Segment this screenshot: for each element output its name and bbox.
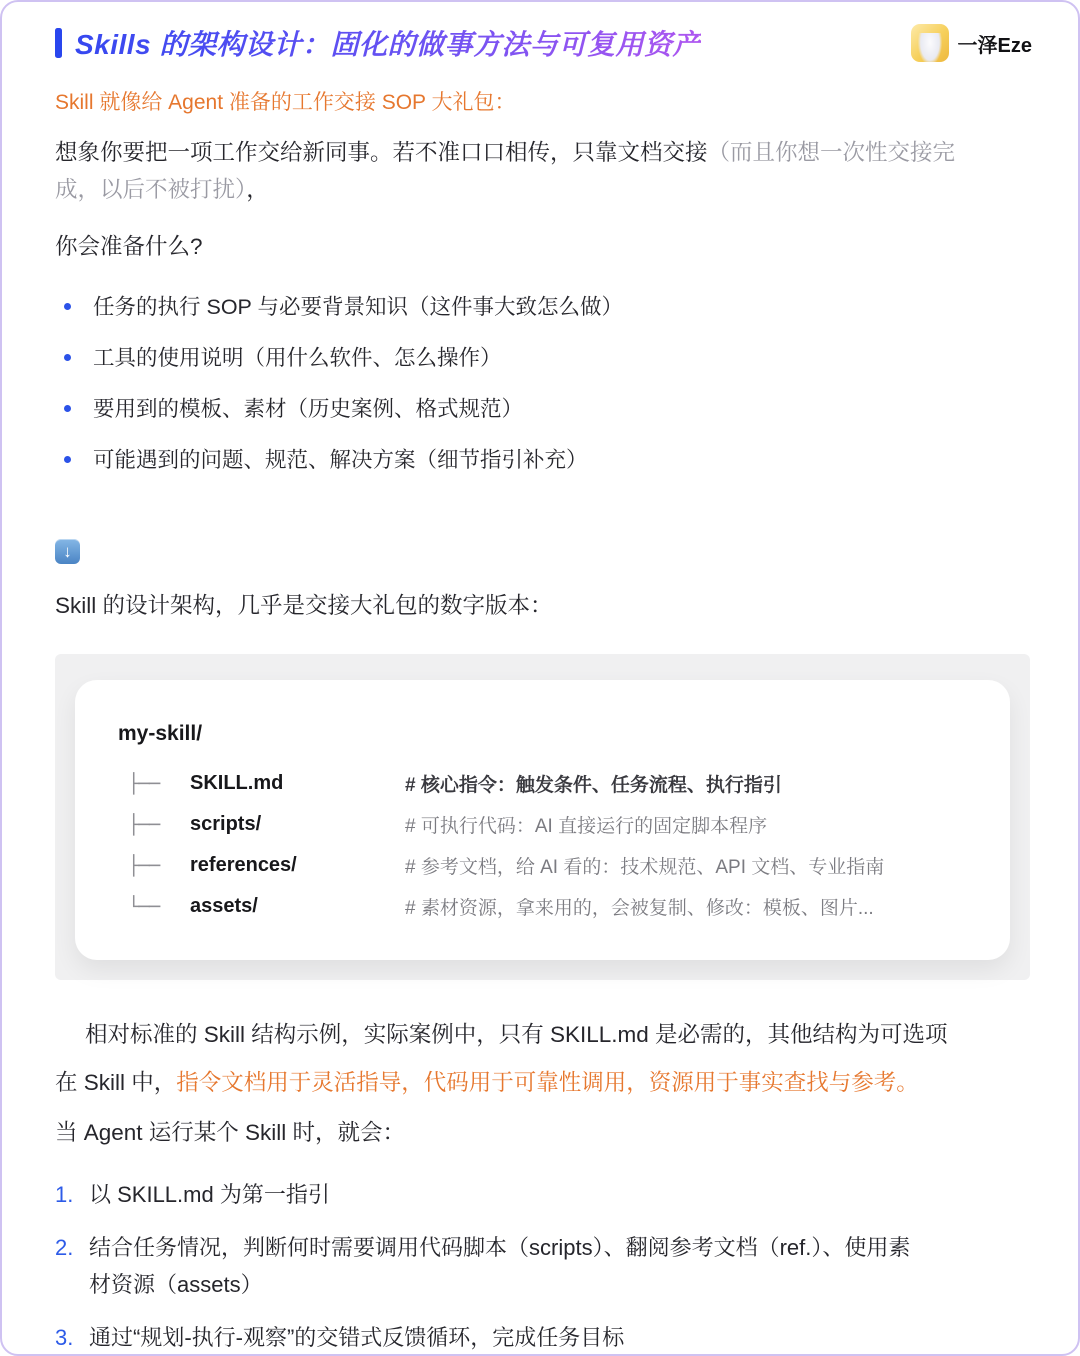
header: Skills 的架构设计：固化的做事方法与可复用资产 一泽Eze (55, 22, 1032, 64)
article-card: Skills 的架构设计：固化的做事方法与可复用资产 一泽Eze Skill 就… (0, 0, 1080, 1356)
numbered-item: 1.以 SKILL.md 为第一指引 (55, 1176, 1032, 1213)
tree-row: └── assets/ # 素材资源，拿来用的，会被复制、修改：模板、图片... (118, 886, 986, 927)
lead-paragraph: Skill 就像给 Agent 准备的工作交接 SOP 大礼包： (55, 88, 1032, 118)
bullet-text: 要用到的模板、素材（历史案例、格式规范） (93, 394, 523, 424)
avatar (911, 24, 949, 62)
file-tree-card: my-skill/ ├── SKILL.md # 核心指令：触发条件、任务流程、… (75, 680, 1010, 960)
item-text: 以 SKILL.md 为第一指引 (89, 1182, 330, 1207)
paragraph-skill-roles: 在 Skill 中，指令文档用于灵活指导，代码用于可靠性调用，资源用于事实查找与… (55, 1066, 1032, 1100)
down-arrow-emoji: ↓ (55, 539, 80, 564)
handover-tail: ， (246, 177, 269, 202)
bullet-text: 任务的执行 SOP 与必要背景知识（这件事大致怎么做） (93, 292, 623, 322)
paragraph-architecture: Skill 的设计架构，几乎是交接大礼包的数字版本： (55, 587, 1032, 624)
item-number: 2. (55, 1229, 73, 1266)
tree-file-comment: # 参考文档，给 AI 看的：技术规范、API 文档、专业指南 (405, 852, 884, 879)
bullet-text: 工具的使用说明（用什么软件、怎么操作） (93, 343, 502, 373)
tree-branch-icon: ├── (128, 814, 190, 836)
item-text: 通过“规划-执行-观察”的交错式反馈循环，完成任务目标 (89, 1325, 624, 1350)
bullet-item: 工具的使用说明（用什么软件、怎么操作） (55, 343, 1032, 373)
tree-file-comment: # 核心指令：触发条件、任务流程、执行指引 (405, 770, 782, 797)
bullet-dot-icon (64, 354, 71, 361)
title-wrap: Skills 的架构设计：固化的做事方法与可复用资产 (55, 23, 701, 63)
tree-row: ├── references/ # 参考文档，给 AI 看的：技术规范、API … (118, 845, 986, 886)
tree-file-name: references/ (190, 854, 405, 877)
numbered-item: 3.通过“规划-执行-观察”的交错式反馈循环，完成任务目标 (55, 1319, 1032, 1356)
item-number: 3. (55, 1319, 73, 1356)
page-title: Skills 的架构设计：固化的做事方法与可复用资产 (75, 23, 701, 63)
handover-paren-line1: （而且你想一次性交接完 (708, 140, 956, 165)
tree-branch-icon: └── (128, 896, 190, 918)
numbered-list: 1.以 SKILL.md 为第一指引 2.结合任务情况，判断何时需要调用代码脚本… (55, 1176, 1032, 1356)
item-text: 结合任务情况，判断何时需要调用代码脚本（scripts）、翻阅参考文档（ref.… (89, 1235, 910, 1260)
numbered-item: 2.结合任务情况，判断何时需要调用代码脚本（scripts）、翻阅参考文档（re… (55, 1229, 1032, 1303)
paragraph-handover: 想象你要把一项工作交给新同事。若不准口口相传，只靠文档交接（而且你想一次性交接完… (55, 134, 1032, 208)
tree-file-name: scripts/ (190, 813, 405, 836)
handover-paren-line2: 成，以后不被打扰） (55, 177, 246, 202)
item-number: 1. (55, 1176, 73, 1213)
bullet-text: 可能遇到的问题、规范、解决方案（细节指引补充） (93, 445, 588, 475)
tree-file-comment: # 可执行代码：AI 直接运行的固定脚本程序 (405, 811, 767, 838)
bullet-dot-icon (64, 456, 71, 463)
bullet-item: 可能遇到的问题、规范、解决方案（细节指引补充） (55, 445, 1032, 475)
tree-row: ├── SKILL.md # 核心指令：触发条件、任务流程、执行指引 (118, 763, 986, 804)
tree-branch-icon: ├── (128, 773, 190, 795)
paragraph-standard-note: 相对标准的 Skill 结构示例，实际案例中，只有 SKILL.md 是必需的，… (55, 1018, 1032, 1052)
bullet-dot-icon (64, 405, 71, 412)
paragraph-agent-run: 当 Agent 运行某个 Skill 时，就会： (55, 1116, 1032, 1150)
skill-roles-highlight: 指令文档用于灵活指导，代码用于可靠性调用，资源用于事实查找与参考。 (176, 1070, 919, 1095)
tree-root-folder: my-skill/ (118, 722, 986, 752)
tree-row: ├── scripts/ # 可执行代码：AI 直接运行的固定脚本程序 (118, 804, 986, 845)
code-block-background: my-skill/ ├── SKILL.md # 核心指令：触发条件、任务流程、… (55, 654, 1030, 980)
title-accent-bar (55, 28, 62, 58)
tree-branch-icon: ├── (128, 855, 190, 877)
bullet-item: 要用到的模板、素材（历史案例、格式规范） (55, 394, 1032, 424)
emoji-row: ↓ (55, 539, 1032, 565)
bullet-list: 任务的执行 SOP 与必要背景知识（这件事大致怎么做） 工具的使用说明（用什么软… (55, 292, 1032, 475)
author-badge: 一泽Eze (911, 24, 1032, 62)
bullet-dot-icon (64, 303, 71, 310)
tree-file-name: SKILL.md (190, 772, 405, 795)
tree-file-comment: # 素材资源，拿来用的，会被复制、修改：模板、图片... (405, 893, 874, 920)
item-text-continued: 材资源（assets） (89, 1272, 263, 1297)
tree-file-name: assets/ (190, 895, 405, 918)
handover-text: 想象你要把一项工作交给新同事。若不准口口相传，只靠文档交接 (55, 140, 708, 165)
skill-roles-prefix: 在 Skill 中， (55, 1070, 176, 1095)
author-name: 一泽Eze (958, 29, 1032, 58)
bullet-item: 任务的执行 SOP 与必要背景知识（这件事大致怎么做） (55, 292, 1032, 322)
question-line: 你会准备什么? (55, 228, 1032, 265)
